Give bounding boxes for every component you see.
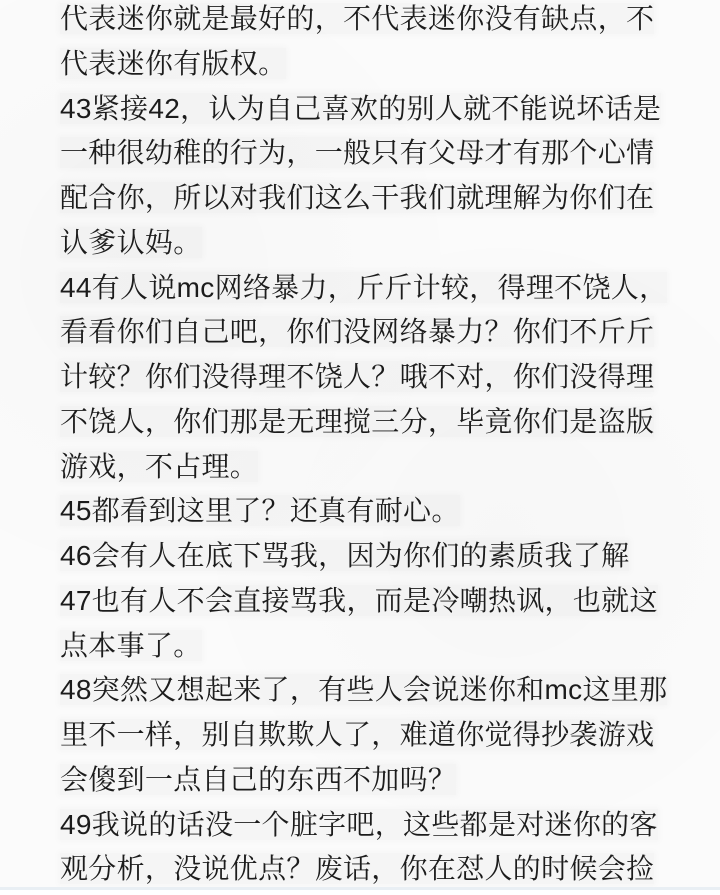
text-line-content: 观分析，没说优点？废话，你在怼人的时候会捡 — [60, 853, 654, 884]
post-text: 代表迷你就是最好的，不代表迷你没有缺点，不 代表迷你有版权。 43紧接42，认为… — [60, 0, 665, 892]
text-line-content: 不饶人，你们那是无理搅三分，毕竟你们是盗版 — [60, 406, 654, 437]
text-line-content: 游戏，不占理。 — [60, 451, 258, 482]
bottom-divider — [0, 887, 720, 895]
text-line: 看看你们自己吧，你们没网络暴力？你们不斤斤 — [60, 310, 665, 355]
text-line: 一种很幼稚的行为，一般只有父母才有那个心情 — [60, 131, 665, 176]
text-line: 46会有人在底下骂我，因为你们的素质我了解 — [60, 534, 665, 579]
text-line: 代表迷你有版权。 — [60, 42, 665, 87]
text-line-content: 49我说的话没一个脏字吧，这些都是对迷你的客 — [60, 809, 658, 840]
text-line-content: 配合你，所以对我们这么干我们就理解为你们在 — [60, 182, 654, 213]
text-line: 计较？你们没得理不饶人？哦不对，你们没得理 — [60, 355, 665, 400]
text-line: 43紧接42，认为自己喜欢的别人就不能说坏话是 — [60, 87, 665, 132]
text-line: 观分析，没说优点？废话，你在怼人的时候会捡 — [60, 847, 665, 892]
text-line-content: 代表迷你有版权。 — [60, 48, 286, 79]
text-line-content: 里不一样，别自欺欺人了，难道你觉得抄袭游戏 — [60, 719, 654, 750]
text-line-content: 会傻到一点自己的东西不加吗？ — [60, 764, 456, 795]
text-line: 不饶人，你们那是无理搅三分，毕竟你们是盗版 — [60, 400, 665, 445]
text-line-content: 44有人说mc网络暴力，斤斤计较，得理不饶人， — [60, 272, 667, 303]
text-line-content: 计较？你们没得理不饶人？哦不对，你们没得理 — [60, 361, 654, 392]
text-line-content: 43紧接42，认为自己喜欢的别人就不能说坏话是 — [60, 93, 661, 124]
text-line: 认爹认妈。 — [60, 221, 665, 266]
text-line-content: 48突然又想起来了，有些人会说迷你和mc这里那 — [60, 674, 667, 705]
text-line-content: 45都看到这里了？还真有耐心。 — [60, 495, 460, 526]
text-line: 代表迷你就是最好的，不代表迷你没有缺点，不 — [60, 0, 665, 42]
text-line: 配合你，所以对我们这么干我们就理解为你们在 — [60, 176, 665, 221]
text-line: 游戏，不占理。 — [60, 445, 665, 490]
text-line: 45都看到这里了？还真有耐心。 — [60, 489, 665, 534]
text-line-content: 46会有人在底下骂我，因为你们的素质我了解 — [60, 540, 629, 571]
text-line-content: 47也有人不会直接骂我，而是冷嘲热讽，也就这 — [60, 585, 658, 616]
text-line: 里不一样，别自欺欺人了，难道你觉得抄袭游戏 — [60, 713, 665, 758]
text-line-content: 点本事了。 — [60, 630, 202, 661]
text-line: 49我说的话没一个脏字吧，这些都是对迷你的客 — [60, 803, 665, 848]
text-line-content: 认爹认妈。 — [60, 227, 202, 258]
text-line: 会傻到一点自己的东西不加吗？ — [60, 758, 665, 803]
screenshot-page: 代表迷你就是最好的，不代表迷你没有缺点，不 代表迷你有版权。 43紧接42，认为… — [0, 0, 720, 895]
text-line-content: 一种很幼稚的行为，一般只有父母才有那个心情 — [60, 137, 654, 168]
text-line: 47也有人不会直接骂我，而是冷嘲热讽，也就这 — [60, 579, 665, 624]
text-line-content: 看看你们自己吧，你们没网络暴力？你们不斤斤 — [60, 316, 654, 347]
text-line: 48突然又想起来了，有些人会说迷你和mc这里那 — [60, 668, 665, 713]
text-line-content: 代表迷你就是最好的，不代表迷你没有缺点，不 — [60, 3, 654, 34]
text-line: 44有人说mc网络暴力，斤斤计较，得理不饶人， — [60, 266, 665, 311]
text-line: 点本事了。 — [60, 624, 665, 669]
